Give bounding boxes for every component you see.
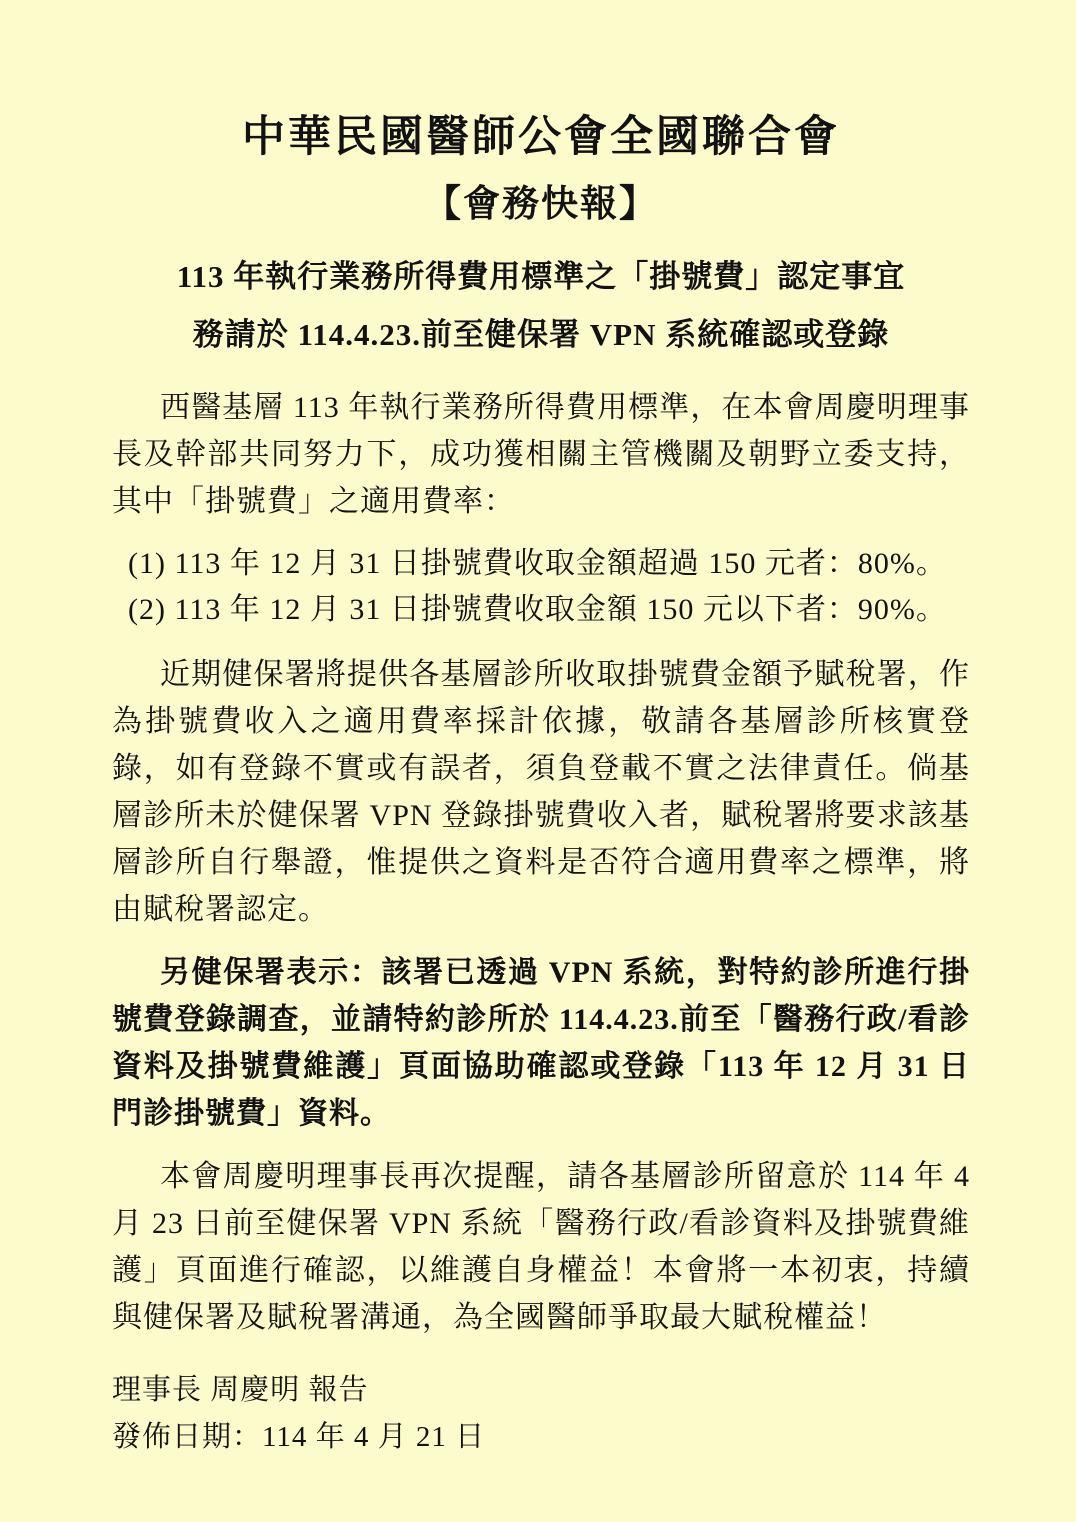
rate-item-under-150: (2) 113 年 12 月 31 日掛號費收取金額 150 元以下者：90%。 bbox=[128, 587, 970, 633]
paragraph-reminder: 本會周慶明理事長再次提醒，請各基層診所留意於 114 年 4 月 23 日前至健… bbox=[112, 1153, 970, 1341]
reporter-line: 理事長 周慶明 報告 bbox=[112, 1367, 970, 1414]
rate-list: (1) 113 年 12 月 31 日掛號費收取金額超過 150 元者：80%。… bbox=[112, 541, 970, 633]
rate-item-over-150: (1) 113 年 12 月 31 日掛號費收取金額超過 150 元者：80%。 bbox=[128, 541, 970, 587]
organization-title: 中華民國醫師公會全國聯合會 bbox=[112, 110, 970, 166]
subject-line-2: 務請於 114.4.23.前至健保署 VPN 系統確認或登錄 bbox=[112, 312, 970, 358]
paragraph-nhi-notice: 近期健保署將提供各基層診所收取掛號費金額予賦稅署，作為掛號費收入之適用費率採計依… bbox=[112, 651, 970, 933]
bulletin-page: 中華民國醫師公會全國聯合會 【會務快報】 113 年執行業務所得費用標準之「掛號… bbox=[0, 0, 1076, 1522]
footer: 理事長 周慶明 報告 發佈日期：114 年 4 月 21 日 bbox=[112, 1367, 970, 1461]
paragraph-vpn-bold-notice: 另健保署表示：該署已透過 VPN 系統，對特約診所進行掛號費登錄調查，並請特約診… bbox=[112, 949, 970, 1137]
bulletin-tag: 【會務快報】 bbox=[112, 180, 970, 230]
subject-line-1: 113 年執行業務所得費用標準之「掛號費」認定事宜 bbox=[112, 254, 970, 300]
publish-date-line: 發佈日期：114 年 4 月 21 日 bbox=[112, 1414, 970, 1461]
paragraph-intro: 西醫基層 113 年執行業務所得費用標準，在本會周慶明理事長及幹部共同努力下，成… bbox=[112, 384, 970, 525]
